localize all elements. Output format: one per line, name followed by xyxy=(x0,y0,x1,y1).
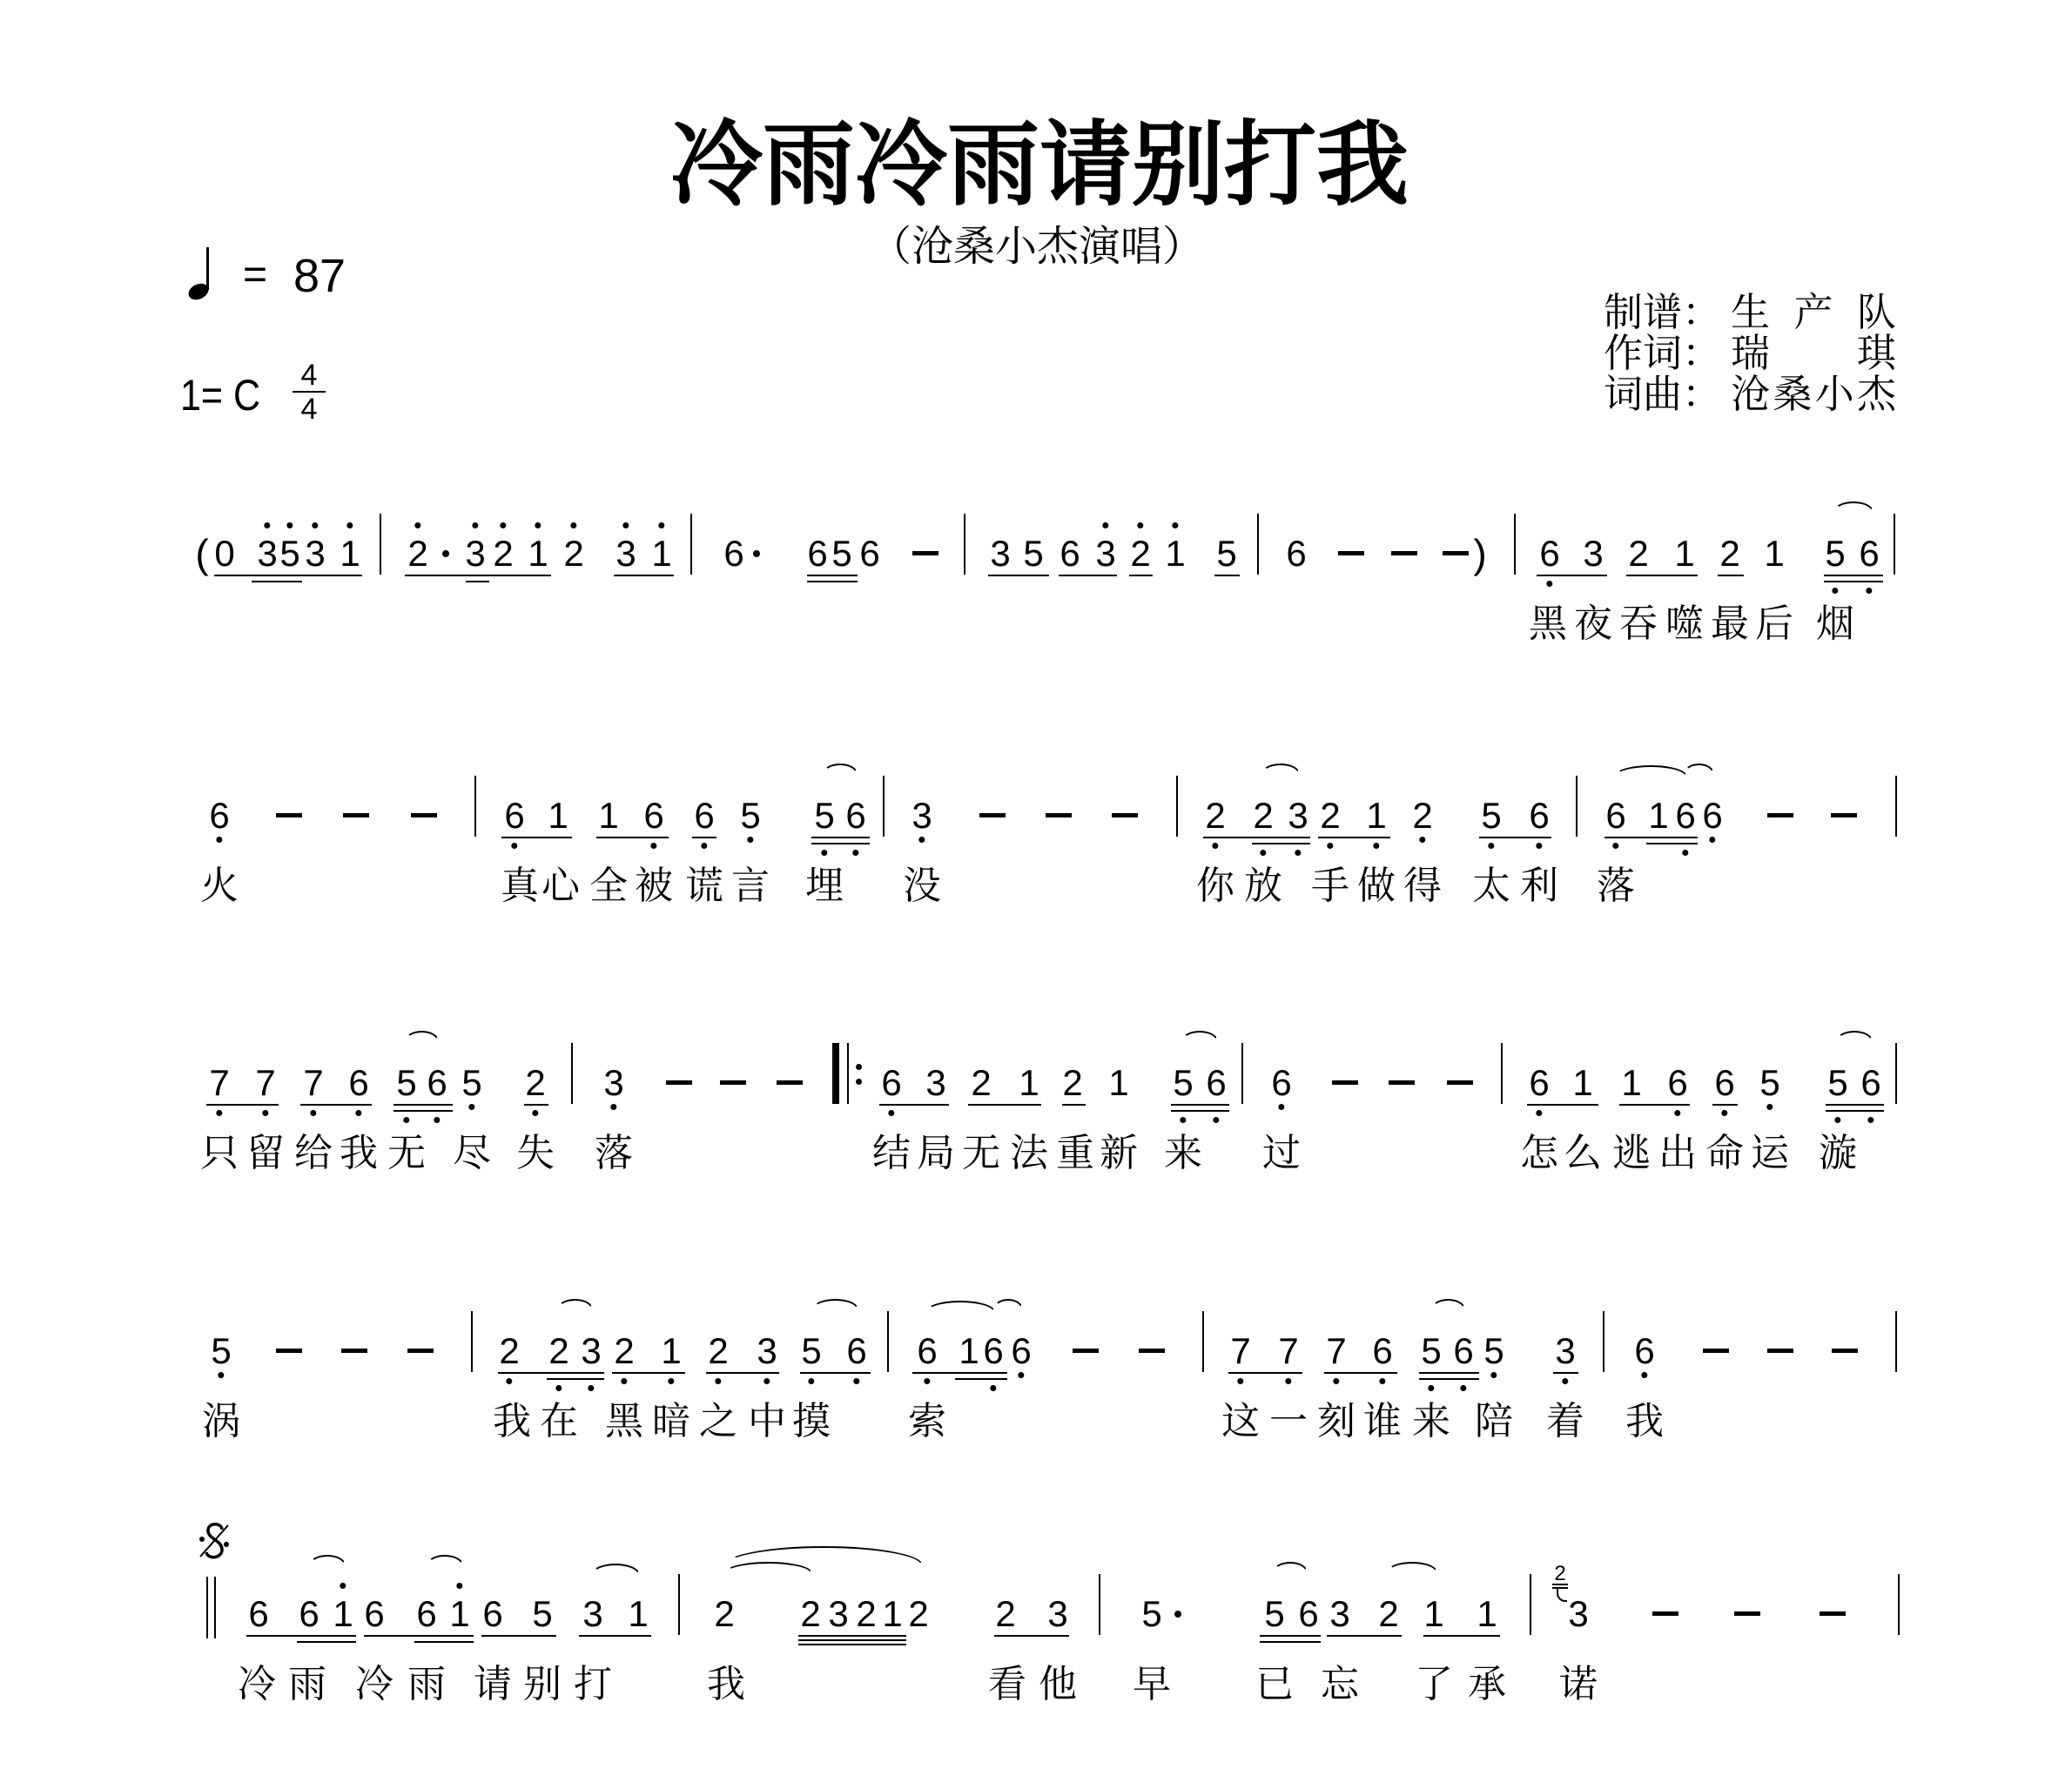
lyric-char: 火 xyxy=(200,867,239,905)
slur xyxy=(427,1555,463,1565)
credit-value: 沧桑小杰 xyxy=(1731,373,1896,414)
note: 5 xyxy=(1481,797,1501,834)
note: 6 xyxy=(1605,797,1625,834)
lyric-char: 烟 xyxy=(1816,605,1854,643)
note: 5 xyxy=(1264,1596,1284,1632)
note: 2 xyxy=(493,535,513,572)
note: 3 xyxy=(465,535,485,572)
beam-underline xyxy=(214,575,362,576)
lyric-char: 逃 xyxy=(1612,1134,1651,1173)
note: 6 xyxy=(643,797,663,834)
barline xyxy=(887,1311,889,1372)
note: 1 xyxy=(333,1596,353,1632)
lyric-char: 打 xyxy=(574,1665,612,1704)
slur xyxy=(1261,764,1300,774)
note: 3 xyxy=(257,535,277,572)
lyric-char: 一 xyxy=(1269,1403,1308,1441)
lyric-char: 暗 xyxy=(652,1403,690,1441)
beam-underline xyxy=(798,1639,906,1641)
note: 2 xyxy=(995,1596,1015,1632)
note: 1 xyxy=(651,535,671,572)
note: 3 xyxy=(1568,1596,1588,1632)
note: 5 xyxy=(396,1065,416,1101)
lyric-char: 全 xyxy=(589,867,628,905)
slur xyxy=(591,1564,640,1575)
lyric-char: 我 xyxy=(707,1665,745,1704)
note: 1 xyxy=(1621,1065,1641,1101)
beam-underline xyxy=(1553,1372,1578,1374)
credit-label: 作词： xyxy=(1604,333,1731,373)
note: 6 xyxy=(1298,1596,1318,1632)
note: 6 xyxy=(364,1596,384,1632)
beam-underline xyxy=(579,1635,651,1637)
lyric-char: 放 xyxy=(1244,867,1282,905)
note: 6 xyxy=(917,1333,937,1369)
beam-underline xyxy=(955,1378,1007,1380)
extension-dash: – xyxy=(276,813,302,817)
note: 6 xyxy=(299,1596,319,1632)
note: 1 xyxy=(959,1333,979,1369)
note: 3 xyxy=(1583,535,1603,572)
slur xyxy=(557,1299,593,1309)
lyric-char: 得 xyxy=(1403,867,1442,905)
lyric-char: 谁 xyxy=(1363,1403,1402,1441)
beam-underline xyxy=(800,1372,871,1374)
lyric-char: 涡 xyxy=(202,1403,240,1441)
beam-underline xyxy=(300,1104,372,1106)
note: 3 xyxy=(828,1596,848,1632)
extension-dash: – xyxy=(1338,551,1364,555)
note: 6 xyxy=(1539,535,1559,572)
slur xyxy=(1431,1299,1465,1309)
double-barline xyxy=(206,1577,208,1638)
segno-icon xyxy=(195,1520,233,1562)
note: 5 xyxy=(461,1065,481,1101)
note: 5 xyxy=(211,1333,231,1369)
note: 2 xyxy=(1205,797,1225,834)
note: 0 xyxy=(214,535,234,572)
note: 7 xyxy=(1326,1333,1346,1369)
lyric-char: 了 xyxy=(1415,1665,1453,1704)
note: 3 xyxy=(757,1333,777,1369)
note: 6 xyxy=(1667,1065,1687,1101)
lyric-char: 来 xyxy=(1412,1403,1450,1441)
beam-underline xyxy=(1171,1110,1229,1112)
note: 1 xyxy=(628,1596,648,1632)
slur xyxy=(405,1031,439,1041)
note: 6 xyxy=(482,1596,502,1632)
credit-label: 词曲： xyxy=(1604,373,1731,414)
beam-underline xyxy=(1129,575,1153,576)
slur xyxy=(925,1301,995,1312)
note: 1 xyxy=(1019,1065,1039,1101)
note: 2 xyxy=(1320,797,1340,834)
note: 6 xyxy=(807,535,827,572)
note: 3 xyxy=(603,1065,623,1101)
lyric-char: 雨 xyxy=(407,1665,446,1704)
lyric-char: 失 xyxy=(516,1134,555,1173)
extension-dash: – xyxy=(1832,1349,1858,1353)
note: 6 xyxy=(1529,1065,1549,1101)
note: 5 xyxy=(1216,535,1236,572)
beam-underline xyxy=(879,1104,949,1106)
barline xyxy=(471,1311,473,1372)
beam-underline xyxy=(988,575,1049,576)
beam-underline xyxy=(501,837,572,838)
beam-underline xyxy=(246,1635,356,1637)
note: 5 xyxy=(1759,1065,1779,1101)
note: 1 xyxy=(1423,1596,1443,1632)
note: 5 xyxy=(1141,1596,1161,1632)
lyric-char: 命 xyxy=(1705,1134,1744,1173)
note: 1 xyxy=(598,797,618,834)
lyric-char: 忘 xyxy=(1321,1665,1359,1704)
note: 5 xyxy=(1825,535,1845,572)
slur xyxy=(823,764,858,774)
beam-underline xyxy=(1537,575,1607,576)
note: 5 xyxy=(1421,1333,1441,1369)
beam-underline xyxy=(706,1372,779,1374)
slur xyxy=(1273,1562,1308,1572)
beam-underline xyxy=(524,1104,548,1106)
lyric-char: 之 xyxy=(699,1403,737,1441)
note: 5 xyxy=(814,797,834,834)
barline xyxy=(1514,514,1516,575)
note: 5 xyxy=(532,1596,552,1632)
note: 6 xyxy=(983,1333,1003,1369)
note: 2 xyxy=(1719,535,1739,572)
lyric-char: 无 xyxy=(387,1134,426,1173)
extension-dash: – xyxy=(979,813,1006,817)
lyric-char: 雨 xyxy=(288,1665,326,1704)
barline xyxy=(1530,1574,1531,1635)
beam-underline xyxy=(1423,1635,1500,1637)
beam-underline xyxy=(807,575,858,576)
note: 2 xyxy=(548,1333,568,1369)
slur xyxy=(1614,765,1687,777)
note: 6 xyxy=(1060,535,1080,572)
lyric-char: 冷 xyxy=(238,1665,276,1704)
slur xyxy=(1387,1562,1437,1572)
note: 6 xyxy=(1860,1065,1880,1101)
barline xyxy=(678,1574,680,1635)
note: 2 xyxy=(971,1065,991,1101)
note: 6 xyxy=(248,1596,268,1632)
note: 6 xyxy=(1453,1333,1473,1369)
note: 6 xyxy=(1675,797,1695,834)
barline xyxy=(1895,1311,1897,1372)
lyric-char: 言 xyxy=(731,867,770,905)
beam-underline xyxy=(614,575,674,576)
extension-dash: – xyxy=(1734,1611,1760,1616)
note: 2 xyxy=(714,1596,734,1632)
lyric-char: 噬 xyxy=(1665,605,1704,643)
lyric-char: 冷 xyxy=(355,1665,394,1704)
beam-underline xyxy=(206,1104,279,1106)
beam-underline xyxy=(968,1104,1041,1106)
note: 6 xyxy=(1529,797,1549,834)
note: 3 xyxy=(305,535,325,572)
note: 3 xyxy=(1555,1333,1575,1369)
beam-underline xyxy=(1419,1372,1479,1374)
beam-underline xyxy=(466,581,489,582)
extension-dash: – xyxy=(1073,1349,1099,1353)
lyric-char: 你 xyxy=(1196,867,1234,905)
beam-underline xyxy=(1419,1378,1479,1380)
beam-underline xyxy=(1059,575,1117,576)
lyric-char: 请 xyxy=(474,1665,512,1704)
note: 1 xyxy=(449,1596,469,1632)
barline xyxy=(1895,1043,1897,1104)
beam-underline xyxy=(798,1635,906,1637)
lyric-char: 心 xyxy=(542,867,580,905)
note: 1 xyxy=(1648,797,1668,834)
note: 6 xyxy=(1286,535,1306,572)
beam-underline xyxy=(1604,837,1698,838)
beam-underline xyxy=(1214,575,1240,576)
credit-row-composer: 词曲：沧桑小杰 xyxy=(1604,373,1896,414)
note: 6 xyxy=(1206,1065,1226,1101)
note: 1 xyxy=(340,535,360,572)
extension-dash: – xyxy=(407,1349,434,1353)
beam-underline xyxy=(596,837,669,838)
note: 6 xyxy=(416,1596,436,1632)
beam-underline xyxy=(1646,843,1698,844)
beam-underline xyxy=(1826,1104,1884,1106)
lyric-char: 我 xyxy=(1625,1403,1664,1441)
note: 1 xyxy=(1764,535,1784,572)
lyric-char: 结 xyxy=(872,1134,911,1173)
note: 5 xyxy=(801,1333,821,1369)
note: 2 xyxy=(499,1333,519,1369)
lyric-char: 来 xyxy=(1164,1134,1202,1173)
lyric-char: 夜 xyxy=(1574,605,1612,643)
beam-underline xyxy=(1318,837,1390,838)
lyric-char: 只 xyxy=(200,1134,239,1173)
extension-dash: – xyxy=(777,1080,803,1085)
note: 2 xyxy=(800,1596,820,1632)
extension-dash: – xyxy=(1139,1349,1165,1353)
note: 2 xyxy=(708,1333,728,1369)
note: 2 xyxy=(1378,1596,1398,1632)
lyric-char: 这 xyxy=(1221,1403,1260,1441)
lyric-char: 黑 xyxy=(1529,605,1567,643)
beam-underline xyxy=(798,1644,906,1645)
lyric-char: 做 xyxy=(1357,867,1396,905)
beam-underline xyxy=(1260,1635,1321,1637)
repeat-dot xyxy=(856,1064,862,1070)
beam-underline xyxy=(692,837,716,838)
barline xyxy=(1241,1043,1243,1104)
double-barline xyxy=(214,1577,216,1638)
beam-underline xyxy=(1327,1635,1402,1637)
beam-underline xyxy=(1826,1110,1884,1112)
note: 6 xyxy=(1702,797,1722,834)
barline xyxy=(1576,776,1578,837)
note: 3 xyxy=(925,1065,945,1101)
slur xyxy=(309,1555,346,1565)
extension-dash: – xyxy=(1831,813,1857,817)
lyric-char: 没 xyxy=(903,867,941,905)
note: 1 xyxy=(1572,1065,1592,1101)
beam-underline xyxy=(252,581,302,582)
tempo-equals: = xyxy=(243,254,267,296)
lyric-char: 承 xyxy=(1468,1665,1506,1704)
beam-underline xyxy=(1203,837,1310,838)
beam-underline xyxy=(1626,575,1698,576)
note: 3 xyxy=(1329,1596,1349,1632)
note: 1 xyxy=(1477,1596,1497,1632)
note: 6 xyxy=(723,535,743,572)
note: 7 xyxy=(1230,1333,1250,1369)
note: 2 xyxy=(525,1065,545,1101)
beam-underline xyxy=(1171,1104,1229,1106)
lyric-char: 过 xyxy=(1262,1134,1301,1173)
lyric-char: 法 xyxy=(1010,1134,1048,1173)
time-signature-denominator: 4 xyxy=(293,394,326,424)
lyric-char: 索 xyxy=(908,1403,946,1441)
lyric-char: 早 xyxy=(1133,1665,1171,1704)
note: 1 xyxy=(661,1333,681,1369)
barline xyxy=(1099,1574,1100,1635)
repeat-start-thick-bar xyxy=(832,1043,839,1104)
lyric-char: 摸 xyxy=(792,1403,831,1441)
extension-dash: – xyxy=(1332,1080,1358,1085)
beam-underline xyxy=(394,1104,453,1106)
lyric-char: 着 xyxy=(1546,1403,1584,1441)
barline xyxy=(1176,776,1178,837)
lyric-char: 手 xyxy=(1311,867,1349,905)
beam-underline xyxy=(1324,1372,1397,1374)
note: 6 xyxy=(427,1065,447,1101)
note: 5 xyxy=(740,797,760,834)
extension-dash: – xyxy=(1112,813,1138,817)
beam-underline xyxy=(912,1372,1007,1374)
barline xyxy=(380,514,381,575)
credit-label: 制谱： xyxy=(1604,292,1731,333)
quarter-note-icon xyxy=(186,244,216,303)
extension-dash: – xyxy=(1443,551,1469,555)
augmentation-dot: · xyxy=(1174,1611,1181,1618)
note: 2 xyxy=(1253,797,1273,834)
beam-underline xyxy=(1718,575,1744,576)
lyric-char: 最 xyxy=(1711,605,1749,643)
note: 6 xyxy=(209,797,229,834)
augmentation-dot: · xyxy=(442,550,449,557)
lyric-char: 别 xyxy=(523,1665,562,1704)
extension-dash: – xyxy=(1767,813,1793,817)
note: 2 xyxy=(1062,1065,1082,1101)
extension-dash: – xyxy=(1389,1080,1415,1085)
extension-dash: – xyxy=(1703,1349,1729,1353)
note: 7 xyxy=(303,1065,323,1101)
lyric-char: 被 xyxy=(635,867,673,905)
lyric-char: 漩 xyxy=(1819,1134,1857,1173)
beam-underline xyxy=(612,1372,685,1374)
lyric-char: 落 xyxy=(1597,867,1635,905)
note: 1 xyxy=(528,535,548,572)
beam-underline xyxy=(547,1378,604,1380)
beam-underline xyxy=(297,1641,356,1643)
note: 1 xyxy=(1674,535,1694,572)
beam-underline xyxy=(394,1110,453,1112)
lyric-char: 我 xyxy=(493,1403,531,1441)
lyric-char: 中 xyxy=(748,1403,786,1441)
note: 5 xyxy=(1827,1065,1847,1101)
open-paren: ( xyxy=(195,535,208,572)
extension-dash: – xyxy=(1046,813,1072,817)
lyric-char: 谎 xyxy=(685,867,723,905)
lyric-char: 利 xyxy=(1520,867,1558,905)
repeat-dot xyxy=(856,1079,862,1085)
note: 5 xyxy=(1023,535,1043,572)
barline xyxy=(690,514,692,575)
note: 5 xyxy=(1483,1333,1504,1369)
beam-underline xyxy=(481,1635,556,1637)
tie xyxy=(1684,764,1714,774)
lyric-char: 看 xyxy=(988,1665,1026,1704)
lyric-char: 尽 xyxy=(453,1134,491,1173)
lyric-char: 出 xyxy=(1658,1134,1697,1173)
credit-value: 生 产 队 xyxy=(1731,292,1896,333)
tempo-bpm: 87 xyxy=(293,252,346,299)
lyric-char: 他 xyxy=(1039,1665,1077,1704)
note: 3 xyxy=(581,1333,601,1369)
beam-underline xyxy=(1228,1372,1302,1374)
grace-slur xyxy=(1557,1588,1567,1602)
slur xyxy=(1836,1031,1873,1041)
note: 3 xyxy=(1288,797,1308,834)
barline xyxy=(1501,1043,1503,1104)
lyric-char: 落 xyxy=(595,1134,633,1173)
lyric-char: 无 xyxy=(962,1134,1000,1173)
beam-underline xyxy=(1712,1104,1738,1106)
note: 2 xyxy=(908,1596,928,1632)
lyric-char: 陪 xyxy=(1475,1403,1513,1441)
extension-dash: – xyxy=(912,551,938,555)
beam-underline xyxy=(1260,1641,1321,1643)
repeat-start-thin-bar xyxy=(847,1043,849,1104)
lyric-char: 我 xyxy=(340,1134,378,1173)
note: 6 xyxy=(1372,1333,1392,1369)
lyric-char: 诺 xyxy=(1559,1665,1598,1704)
barline xyxy=(1898,1574,1900,1635)
note: 3 xyxy=(912,797,932,834)
song-title: 冷雨冷雨请别打我 xyxy=(0,117,2072,214)
tie xyxy=(993,1299,1023,1309)
note: 5 xyxy=(831,535,851,572)
extension-dash: – xyxy=(1391,551,1417,555)
slur xyxy=(1181,1031,1218,1041)
lyric-char: 在 xyxy=(540,1403,578,1441)
extension-dash: – xyxy=(1652,1611,1678,1616)
beam-underline xyxy=(811,843,870,844)
extension-dash: – xyxy=(720,1080,746,1085)
close-paren: ) xyxy=(1473,535,1486,572)
lyric-char: 新 xyxy=(1100,1134,1138,1173)
slur xyxy=(1833,501,1874,512)
augmentation-dot: · xyxy=(753,550,760,557)
note: 1 xyxy=(1366,797,1386,834)
lyric-char: 真 xyxy=(501,867,539,905)
extension-dash: – xyxy=(341,1349,367,1353)
key-signature: 1= C xyxy=(180,373,260,417)
beam-underline xyxy=(1619,1104,1690,1106)
lyric-char: 留 xyxy=(246,1134,285,1173)
note: 2 xyxy=(856,1596,876,1632)
beam-underline xyxy=(1824,575,1883,576)
beam-underline xyxy=(1527,1104,1598,1106)
